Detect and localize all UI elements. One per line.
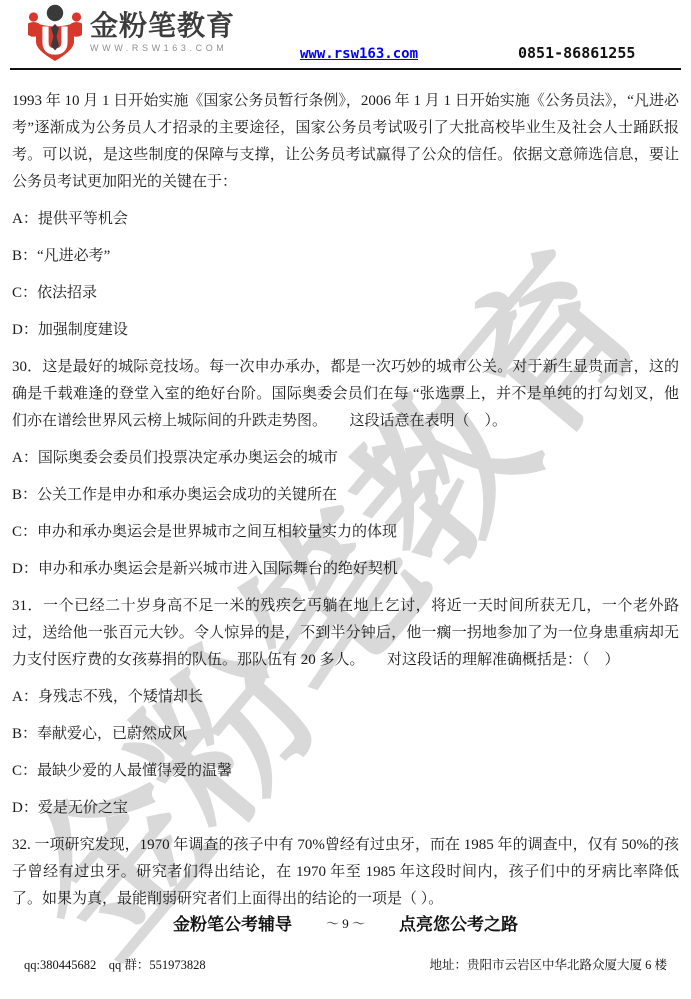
- brand-site-url: WWW.RSW163.COM: [90, 43, 235, 53]
- footer-slogan: 点亮您公考之路: [399, 910, 518, 935]
- question-29-text: 1993 年 10 月 1 日开始实施《国家公务员暂行条例》，2006 年 1 …: [12, 88, 679, 196]
- question-30-option-c: C：申办和承办奥运会是世界城市之间互相较量实力的体现: [12, 519, 679, 546]
- footer-brand: 金粉笔公考辅导: [173, 910, 292, 935]
- phone-number: 0851-86861255: [518, 44, 635, 62]
- question-30-option-a: A：国际奥委会委员们投票决定承办奥运会的城市: [12, 445, 679, 472]
- page-number: ～ 9 ～: [326, 913, 365, 932]
- header-divider: [10, 68, 681, 70]
- question-30-option-d: D：申办和承办奥运会是新兴城市进入国际舞台的绝好契机: [12, 556, 679, 583]
- question-31-option-d: D：爱是无价之宝: [12, 795, 679, 822]
- question-29-option-b: B：“凡进必考”: [12, 243, 679, 270]
- question-31-option-b: B：奉献爱心，已蔚然成风: [12, 721, 679, 748]
- logo-text: 金粉笔教育 WWW.RSW163.COM: [90, 3, 235, 53]
- brand-name: 金粉笔教育: [90, 11, 235, 41]
- person-shield-logo-icon: [26, 3, 84, 65]
- document-page: 金粉笔教育 金粉笔教育 WWW.RSW163.COM www.rsw163.co…: [0, 0, 691, 999]
- question-32-text: 32. 一项研究发现，1970 年调查的孩子中有 70%曾经有过虫牙，而在 19…: [12, 832, 679, 913]
- question-content: 1993 年 10 月 1 日开始实施《国家公务员暂行条例》，2006 年 1 …: [0, 70, 691, 913]
- question-31-text: 31．一个已经二十岁身高不足一米的残疾乞丐躺在地上乞讨，将近一天时间所获无几，一…: [12, 593, 679, 674]
- question-30-option-b: B：公关工作是申办和承办奥运会成功的关键所在: [12, 482, 679, 509]
- question-29-option-d: D：加强制度建设: [12, 317, 679, 344]
- footer-address: 地址：贵阳市云岩区中华北路众厦大厦 6 楼: [429, 955, 667, 973]
- question-29-option-a: A：提供平等机会: [12, 206, 679, 233]
- footer-contact-line: qq:380445682 qq 群：551973828 地址：贵阳市云岩区中华北…: [0, 955, 691, 973]
- website-link[interactable]: www.rsw163.com: [300, 46, 418, 62]
- question-31-option-c: C：最缺少爱的人最懂得爱的温馨: [12, 758, 679, 785]
- header: 金粉笔教育 WWW.RSW163.COM www.rsw163.com 0851…: [0, 0, 691, 70]
- question-30-text: 30．这是最好的城际竞技场。每一次申办承办，都是一次巧妙的城市公关。对于新生显贵…: [12, 354, 679, 435]
- question-31-option-a: A：身残志不残，个矮情却长: [12, 684, 679, 711]
- question-29-option-c: C：依法招录: [12, 280, 679, 307]
- footer-slogan-line: 金粉笔公考辅导 ～ 9 ～ 点亮您公考之路: [0, 910, 691, 935]
- footer-qq: qq:380445682 qq 群：551973828: [24, 955, 206, 973]
- brand-logo: 金粉笔教育 WWW.RSW163.COM: [26, 3, 235, 65]
